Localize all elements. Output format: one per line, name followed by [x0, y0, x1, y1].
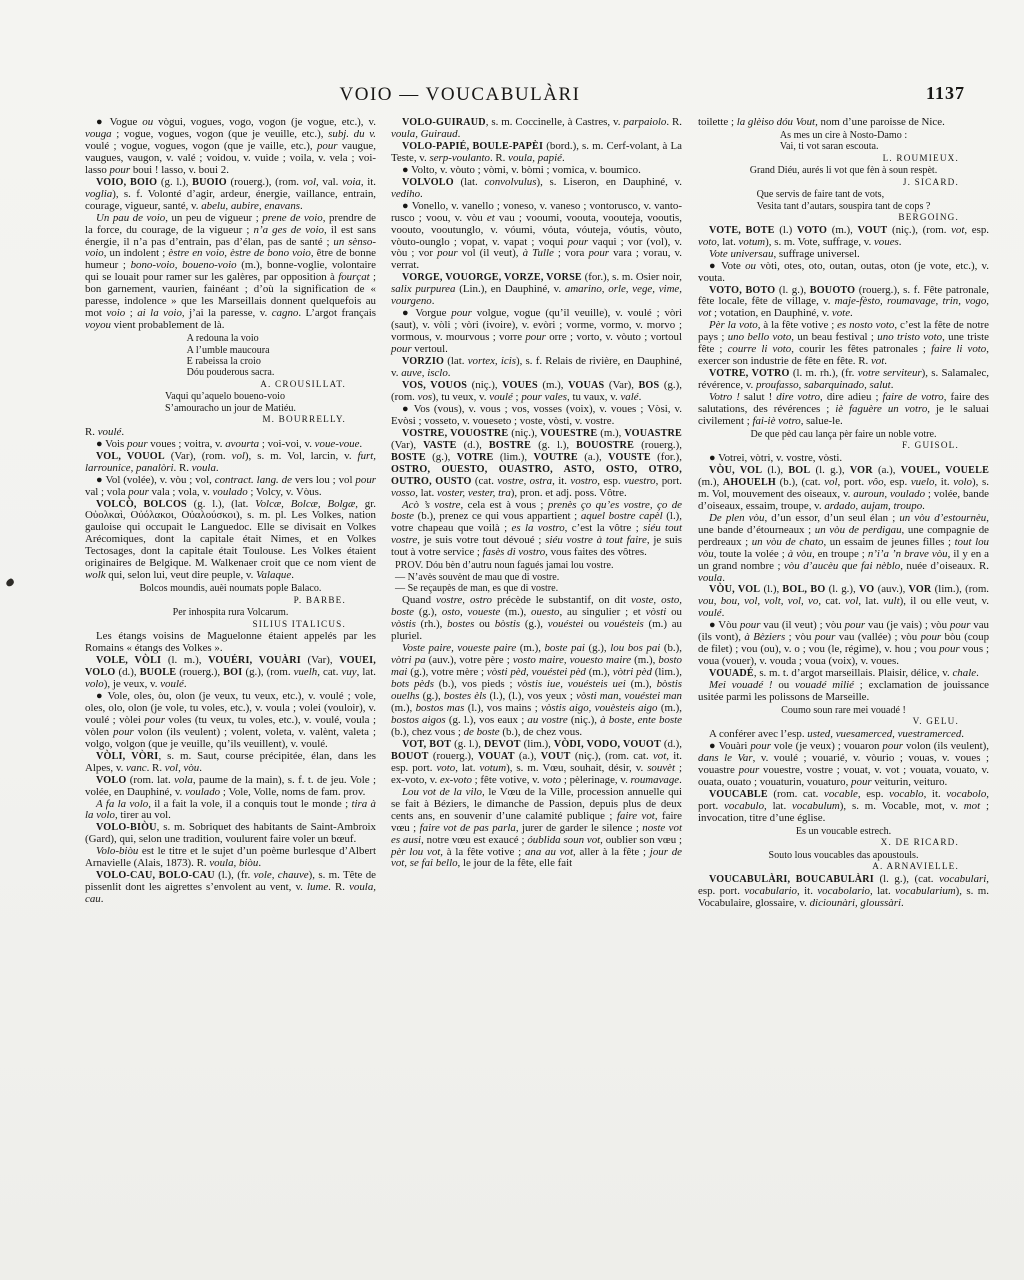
text-run: (l. g.),	[825, 583, 859, 595]
text-run: Pèr la voto	[709, 319, 758, 331]
text-run: vôo	[868, 476, 884, 488]
text-run: dire votro	[776, 391, 820, 403]
text-run: vocabulario	[744, 885, 797, 897]
text-run: .	[121, 426, 124, 438]
text-run: pour	[355, 474, 376, 486]
text-run: VOTE, BOTE	[709, 225, 775, 236]
text-run: , toute la volée ;	[714, 548, 788, 560]
verse-line: De que pèd cau lança pèr faire un noble …	[750, 429, 936, 440]
paragraph: De plen vòu, d’un essor, d’un seul élan …	[698, 513, 989, 585]
text-run: (rouerg.),	[634, 439, 682, 451]
text-run: VORZIO	[402, 356, 444, 367]
text-run: vuestro	[624, 475, 656, 487]
text-run: voues ; voitra, v.	[148, 438, 226, 450]
text-run: .	[922, 500, 925, 512]
text-run: , nom d’une paroisse de Nice.	[815, 116, 945, 128]
verse-block: Es un voucable estrech.	[796, 826, 891, 837]
text-run: vos	[418, 391, 433, 403]
attribution: SILIUS ITALICUS.	[85, 619, 376, 631]
text-run: vediho	[391, 188, 420, 200]
text-run: VOUT	[541, 751, 571, 762]
text-run: auroun, voulado	[853, 488, 925, 500]
text-run: vole, chauve	[254, 869, 309, 881]
text-run: wolk	[85, 569, 106, 581]
text-run: vol	[303, 176, 316, 188]
text-run: un vòu de chato	[752, 536, 824, 548]
text-run: BUOLE	[140, 667, 176, 678]
text-run: VÒLI, VÒRI	[96, 751, 158, 762]
text-run: vol	[824, 476, 837, 488]
text-run: , tu vaux, v.	[567, 391, 620, 403]
text-run: volon (ils veulent),	[903, 740, 989, 752]
paragraph: VÒU, VOL (l.), BOL, BO (l. g.), VO (auv.…	[698, 584, 989, 620]
text-run: vuelo	[911, 476, 935, 488]
text-run: , le jour de la fête, elle fait	[458, 857, 573, 869]
text-run: pour	[921, 631, 942, 643]
verse-line: Es un voucable estrech.	[796, 826, 891, 837]
text-run: un vòu de perdigau	[815, 524, 902, 536]
text-run: pour	[568, 236, 589, 248]
text-run: voia	[342, 176, 361, 188]
text-run: , lat.	[455, 762, 479, 774]
text-run: uno tristo voto	[877, 331, 942, 343]
text-run: vòu d’aucèu que fai nèblo	[784, 560, 900, 572]
text-run: (lim.),	[521, 738, 554, 750]
text-run: (a.),	[515, 750, 541, 762]
text-run: vouéstei	[548, 618, 584, 630]
paragraph: Quand vostre, ostro précède le substanti…	[391, 595, 682, 643]
text-run: voyou	[85, 319, 111, 331]
text-run: ; vòu	[785, 631, 814, 643]
text-run: contract. lang. de	[215, 474, 292, 486]
text-run: à vòu	[788, 548, 812, 560]
text-run: , cat.	[317, 666, 341, 678]
text-run: orre ; vorto, v. vòuto ; vortoul	[546, 331, 682, 343]
text-run: (niç.),	[508, 427, 540, 439]
text-run: vers lou ; vol	[292, 474, 355, 486]
text-run: ● Votrei, vòtri, v. vostre, vòsti.	[709, 452, 842, 464]
text-run: , un peu de vigueur ;	[165, 212, 262, 224]
text-run: VO	[859, 584, 874, 595]
text-run: ● Volto, v. vòuto ; vòmi, v. bòmi ; vomi…	[402, 164, 641, 176]
attribution: L. ROUMIEUX.	[698, 153, 989, 165]
text-run: pour	[739, 764, 760, 776]
text-run: (m.),	[597, 427, 624, 439]
text-run: vostre, ostro	[436, 594, 492, 606]
text-run: (l.), vos mains ;	[464, 702, 541, 714]
text-run: , s. m. Coccinelle, à Castres, v.	[486, 116, 624, 128]
paragraph: Acò ’s vostre, cela est à vous ; prenès …	[391, 500, 682, 560]
text-run: subj. du v.	[328, 128, 376, 140]
text-run: VOLCÒ, BOLCOS	[96, 499, 187, 510]
text-run: vouésteis	[604, 618, 644, 630]
text-run: (m.),	[516, 642, 544, 654]
text-run: .	[458, 128, 461, 140]
text-run: (rouerg.),	[176, 666, 223, 678]
text-run: faire vot de pas parla	[420, 822, 516, 834]
text-run: vole (je veux) ; vouaron	[771, 740, 882, 752]
text-run: , lat.	[764, 800, 792, 812]
text-run: voulé	[489, 391, 513, 403]
text-run: , esp.	[884, 476, 911, 488]
text-run: vote	[832, 307, 850, 319]
page-title: VOIO — VOUCABULÀRI	[230, 84, 690, 106]
text-run: , lat.	[870, 885, 895, 897]
text-run: (l.),	[760, 583, 782, 595]
text-run: vau (vallée) ; vòu	[835, 631, 920, 643]
text-run: roumavage	[631, 774, 680, 786]
column-2: VOLO-GUIRAUD, s. m. Coccinelle, à Castre…	[391, 117, 682, 870]
text-run: vosso	[391, 487, 415, 499]
text-run: pour	[845, 619, 866, 631]
text-run: (niç.), (rom.	[887, 224, 951, 236]
text-run: , esp.	[964, 224, 989, 236]
text-run: iè faguère un votro	[835, 403, 927, 415]
text-run: , c’est la vôtre ;	[565, 522, 643, 534]
text-run: ), s. Liseron, en Dauphiné, v.	[536, 176, 682, 188]
attribution: A. CROUSILLAT.	[85, 379, 376, 391]
text-run: , un essaim de jeunes filles ;	[823, 536, 954, 548]
text-run: vòtri pèd	[613, 666, 652, 678]
text-run: à boste, ente boste	[600, 714, 682, 726]
text-run: .	[216, 462, 219, 474]
text-run: , en troupe ;	[812, 548, 868, 560]
text-run: (l.),	[762, 464, 788, 476]
text-run: pour	[110, 164, 131, 176]
text-run: vot	[951, 224, 964, 236]
text-run: .	[901, 897, 904, 909]
text-run: (Lin.), en Dauphiné, v.	[455, 283, 564, 295]
text-run: (b.), vos pieds ;	[434, 678, 517, 690]
text-run: es nosto voto	[837, 319, 894, 331]
text-run: (lim.),	[652, 666, 682, 678]
paragraph: VÒU, VOL (l.), BOL (l. g.), VOR (a.), VO…	[698, 465, 989, 513]
paragraph: VOUCABULÀRI, BOUCABULÀRI (l. g.), (cat. …	[698, 874, 989, 910]
text-run: vocablo	[889, 788, 923, 800]
text-run: VOTO, BOTO	[709, 285, 775, 296]
text-run: bostos aigos	[391, 714, 446, 726]
text-run: VOUAT	[478, 751, 515, 762]
text-run: (g.),	[419, 690, 443, 702]
text-run: vouga	[85, 128, 112, 140]
verse-line: Bolcos moundis, auèi noumats pople Balac…	[140, 583, 322, 594]
text-run: ardado, aujam, troupo	[824, 500, 922, 512]
text-run: .	[639, 391, 642, 403]
text-run: (g. l.),	[451, 738, 484, 750]
text-run: ; Volcy, v. Vòus.	[248, 486, 322, 498]
text-run: pour	[525, 331, 546, 343]
paragraph: VOIO, BOIO (g. l.), BUOIO (rouerg.), (ro…	[85, 177, 376, 213]
attribution: BERGOING.	[698, 212, 989, 224]
text-run: vòstis	[391, 618, 416, 630]
text-run: ), s. m. Vœu, souhait, désir, v.	[506, 762, 647, 774]
text-run: , oublier son vœu ;	[600, 834, 682, 846]
text-run: ; votation, en Dauphiné, v.	[711, 307, 832, 319]
text-run: valé	[620, 391, 638, 403]
text-run: , tirer au vol.	[115, 809, 171, 821]
text-run: De plen vòu	[709, 512, 764, 524]
text-run: ; vogue, vogues, vogon (que je veuille, …	[112, 128, 329, 140]
text-run: (g.),	[520, 618, 548, 630]
text-run: (l. m.),	[161, 654, 208, 666]
text-run: voglia	[85, 188, 112, 200]
text-run: toilette ;	[698, 116, 737, 128]
text-run: vala ; vola, v.	[149, 486, 213, 498]
text-run: ou	[773, 679, 795, 691]
text-run: óublida soun vot	[527, 834, 600, 846]
text-run: auve, isclo	[401, 367, 448, 379]
text-run: pour	[939, 643, 960, 655]
paragraph: VOLO (rom. lat. vola, paume de la main),…	[85, 775, 376, 799]
text-run: bostes	[447, 618, 474, 630]
text-run: vou, bou, vol, volt, vol, vo	[698, 595, 818, 607]
attribution: V. GELU.	[698, 716, 989, 728]
text-run: VOIO, BOIO	[96, 177, 157, 188]
text-run: voula, papié	[508, 152, 562, 164]
paragraph: VOLO-GUIRAUD, s. m. Coccinelle, à Castre…	[391, 117, 682, 141]
text-run: vot	[653, 750, 666, 762]
text-run: VOS, VOUOS	[402, 380, 467, 391]
paragraph: Lou vot de la vilo, le Vœu de la Ville, …	[391, 787, 682, 871]
text-run: A fa la volo	[96, 798, 148, 810]
text-run: , suffrage universel.	[773, 248, 859, 260]
text-run: pour	[437, 247, 458, 259]
text-run: salut !	[740, 391, 776, 403]
text-run: vocabularium	[895, 885, 956, 897]
verse-block: Grand Diéu, aurés li vot que fèn à soun …	[750, 165, 938, 176]
text-run: voulado	[185, 786, 220, 798]
text-run: VOLO	[96, 775, 126, 786]
paragraph: ● Vòu pour vau (il veut) ; vòu pour vau …	[698, 620, 989, 668]
text-run: VOL, VOUOL	[96, 451, 165, 462]
text-run: ), tu veux, v.	[432, 391, 489, 403]
ink-blot-artifact	[5, 578, 15, 587]
text-run: Lou vot de la vilo	[402, 786, 482, 798]
paragraph: Un pau de voio, un peu de vigueur ; pren…	[85, 213, 376, 333]
verse-line: A l’umble maucoura	[187, 345, 275, 356]
text-run: (g. l.), vos eaux ;	[446, 714, 528, 726]
text-run: volo	[85, 678, 104, 690]
text-run: pour	[740, 619, 761, 631]
text-run: (a.),	[578, 451, 608, 463]
text-run: es la vostro	[512, 522, 565, 534]
text-run: à Tulle	[523, 247, 554, 259]
paragraph: VOSTRE, VOUOSTRE (niç.), VOUESTRE (m.), …	[391, 428, 682, 500]
paragraph: VOLCÒ, BOLCOS (g. l.), (lat. Volcæ, Bolc…	[85, 499, 376, 583]
text-run: serp-voulanto	[429, 152, 490, 164]
text-run: VOLVOLO	[402, 177, 454, 188]
paragraph: VOLO-BIÒU, s. m. Sobriquet des habitants…	[85, 822, 376, 846]
text-run: et	[487, 212, 495, 224]
text-run: vòsti	[646, 606, 667, 618]
text-run: bòstis	[495, 618, 520, 630]
text-run: pour	[113, 726, 134, 738]
text-run: vol	[845, 595, 858, 607]
text-run: BOSTRE	[489, 440, 531, 451]
text-run: .	[300, 200, 303, 212]
text-run: volo	[953, 476, 972, 488]
text-run: , nuée d’oiseaux. R.	[900, 560, 989, 572]
text-run: mot	[964, 800, 980, 812]
text-run: (rh.),	[416, 618, 447, 630]
text-run: .	[884, 355, 887, 367]
text-run: (g.),	[414, 606, 442, 618]
text-run: voulé	[98, 426, 122, 438]
text-run: VOLO-CAU, BOLO-CAU	[96, 870, 215, 881]
paragraph: Votro ! salut ! dire votro, dire adieu ;…	[698, 392, 989, 428]
text-run: prene de voio	[262, 212, 322, 224]
text-run: , salue-le.	[801, 415, 843, 427]
text-run: vau (il veut) ; vòu	[760, 619, 844, 631]
paragraph: ● Vogue ou vògui, vogues, vogo, vogon (j…	[85, 117, 376, 177]
text-run: .	[722, 572, 725, 584]
text-run: souvèt	[647, 762, 675, 774]
text-run: (l.), (l.), vos yeux ;	[486, 690, 576, 702]
text-run: (m.),	[500, 606, 531, 618]
verse-line: Grand Diéu, aurés li vot que fèn à soun …	[750, 165, 938, 176]
text-run: (m.),	[827, 224, 857, 236]
text-run: VOT, BOT	[402, 739, 451, 750]
text-run: pour	[128, 486, 149, 498]
text-run: VOSTRE, VOUOSTRE	[402, 428, 508, 439]
text-run: VOR	[909, 584, 932, 595]
text-run: (for.), s. m. Osier noir,	[582, 271, 682, 283]
text-run: faire vot	[617, 810, 655, 822]
text-run: (d.),	[661, 738, 682, 750]
text-run: (g.),	[426, 451, 457, 463]
text-run: VOUCABULÀRI, BOUCABULÀRI	[709, 874, 874, 885]
text-run: bots pèds	[391, 678, 434, 690]
text-run: (b.), (cat.	[776, 476, 824, 488]
text-run: VOUSTE	[608, 452, 651, 463]
text-run: Mei vouadé !	[709, 679, 773, 691]
text-run: VOUES	[502, 380, 538, 391]
text-run: bostes èls	[444, 690, 486, 702]
text-run: votre serviteur	[858, 367, 922, 379]
text-run: , à la fête votive ;	[440, 846, 525, 858]
attribution: F. GUISOL.	[698, 440, 989, 452]
text-run: vient probablement de là.	[111, 319, 224, 331]
text-run: ), je veux, v.	[104, 678, 160, 690]
text-run: ● Vote	[709, 260, 745, 272]
text-run: (g.), (rom.	[242, 666, 293, 678]
text-run: , lat.	[717, 236, 739, 248]
text-run: BOL, BO	[782, 584, 825, 595]
text-run: BOUOT	[391, 751, 429, 762]
text-run: vòsti man, vouéstei man	[576, 690, 682, 702]
verse-block: Coumo soun rare mei vouadé !	[781, 705, 906, 716]
text-run: pour	[950, 619, 971, 631]
verse-block: Bolcos moundis, auèi noumats pople Balac…	[140, 583, 322, 594]
text-run: courre li voto	[728, 343, 792, 355]
paragraph: ● Vote ou vòti, otes, oto, outan, outas,…	[698, 261, 989, 285]
text-run: vult	[883, 595, 899, 607]
text-run: .	[891, 379, 894, 391]
text-run: chale	[952, 667, 976, 679]
text-run: VOLO-BIÒU	[96, 822, 157, 833]
text-run: (g. l.),	[157, 176, 192, 188]
text-run: vocable	[824, 788, 858, 800]
text-run: , esp.	[597, 475, 624, 487]
text-run: avourta	[225, 438, 259, 450]
text-run: vuy	[341, 666, 356, 678]
verse-line: A redouna la voio	[187, 333, 275, 344]
text-run: vòtri pa	[391, 654, 426, 666]
text-run: (auv.),	[874, 583, 908, 595]
text-run: (rouerg.), (rom.	[227, 176, 303, 188]
text-run: VOUÉRI, VOUÀRI	[208, 655, 301, 666]
text-run: pour	[588, 247, 609, 259]
paragraph: VOLO-CAU, BOLO-CAU (l.), (fr. vole, chau…	[85, 870, 376, 906]
text-run: .	[359, 438, 362, 450]
text-run: VOUT	[857, 225, 887, 236]
text-run: vau (je vais) ; vòu	[865, 619, 950, 631]
text-run: vòstis aigo, vouèsteis aigo	[541, 702, 657, 714]
text-run: diciounàri, gloussàri	[810, 897, 901, 909]
text-run: pour	[144, 714, 165, 726]
text-run: èstre en voio, èstre de bono voio	[168, 247, 310, 259]
verse-block: A redouna la voioA l’umble maucouraE rab…	[187, 333, 275, 379]
verse-line: E rabeissa la croio	[187, 356, 275, 367]
column-1: ● Vogue ou vògui, vogues, vogo, vogon (j…	[85, 117, 376, 906]
text-run: . R.	[490, 152, 508, 164]
text-run: vostro	[570, 475, 597, 487]
paragraph: VOL, VOUOL (Var), (rom. vol), s. m. Vol,…	[85, 451, 376, 475]
text-run: Voste paire, voueste paire	[402, 642, 516, 654]
text-run: ), s. m. Vote, suffrage, v.	[765, 236, 874, 248]
paragraph: VOUCABLE (rom. cat. vocable, esp. vocabl…	[698, 789, 989, 825]
text-run: VÒU, VOL	[709, 584, 760, 595]
text-run: , vous faites des vôtres.	[545, 546, 647, 558]
text-run: ● Vouàri	[709, 740, 750, 752]
text-run: VASTE	[423, 440, 456, 451]
text-run: Volcæ, Bolcæ, Bolgæ	[255, 498, 355, 510]
text-run: VÒDI, VODO, VOUOT	[554, 739, 661, 750]
text-run: (niç.),	[467, 379, 502, 391]
proverb-line: PROV. Dóu bèn d’autru noun fagués jamai …	[391, 560, 682, 571]
verse-block: Vaqui qu’aquelo boueno-voioS’amouracho u…	[165, 391, 296, 414]
text-run: ou	[142, 116, 153, 128]
text-run: voues	[874, 236, 899, 248]
text-run: voulé	[160, 678, 184, 690]
verse-line: Coumo soun rare mei vouadé !	[781, 705, 906, 716]
attribution: X. DE RICARD.	[698, 837, 989, 849]
text-run: VOTO	[797, 225, 827, 236]
text-run: (Var),	[604, 379, 638, 391]
text-run: (m.),	[657, 702, 682, 714]
text-run: , it.	[361, 176, 376, 188]
column-3: toilette ; la glèiso dóu Vout, nom d’une…	[698, 117, 989, 909]
text-run: ), s. m. Vol, larcin, v.	[245, 450, 358, 462]
text-run: (m.),	[626, 678, 657, 690]
text-run: , s. m. t. d’argot marseillais. Plaisir,…	[754, 667, 953, 679]
text-run: de boste	[464, 726, 500, 738]
text-run: VOUCABLE	[709, 789, 768, 800]
text-run: VOUEL, VOUELE	[901, 465, 989, 476]
paragraph: ● Vole, oles, òu, olon (je veux, tu veux…	[85, 691, 376, 751]
text-run: voula, Guiraud	[391, 128, 458, 140]
paragraph: ● Vol (volée), v. vòu ; vol, contract. l…	[85, 475, 376, 499]
text-run: voula	[698, 572, 722, 584]
text-run: , cela est à vous ;	[460, 499, 547, 511]
paragraph: ● Vonello, v. vanello ; voneso, v. vanes…	[391, 201, 682, 273]
text-run: vanc	[126, 762, 147, 774]
dictionary-scan-page: VOIO — VOUCABULÀRI 1137 ● Vogue ou vògui…	[0, 0, 1024, 1280]
paragraph: VOLO-PAPIÉ, BOULE-PAPÈI (bord.), s. m. C…	[391, 141, 682, 165]
text-run: Quand	[402, 594, 436, 606]
text-run: vortex, icis	[468, 355, 516, 367]
text-run: .	[258, 857, 261, 869]
